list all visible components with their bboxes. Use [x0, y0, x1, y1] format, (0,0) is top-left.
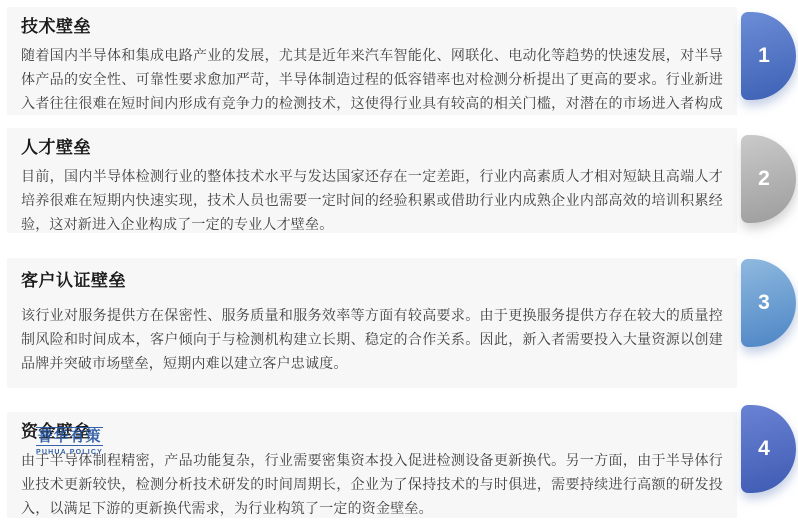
section-customer-certification-barrier: 客户认证壁垒 该行业对服务提供方在保密性、服务质量和服务效率等方面有较高要求。由… — [7, 258, 737, 388]
number-badge-4: 4 — [741, 405, 796, 493]
section-body-text: 目前，国内半导体检测行业的整体技术水平与发达国家还存在一定差距，行业内高素质人才… — [21, 164, 723, 233]
badge-number-label: 4 — [758, 437, 770, 461]
badge-number-label: 3 — [758, 291, 770, 315]
badge-number-label: 2 — [758, 167, 770, 191]
infographic-canvas: 技术壁垒 随着国内半导体和集成电路产业的发展，尤其是近年来汽车智能化、网联化、电… — [0, 0, 798, 521]
section-technical-barrier: 技术壁垒 随着国内半导体和集成电路产业的发展，尤其是近年来汽车智能化、网联化、电… — [7, 7, 737, 115]
section-body-text: 随着国内半导体和集成电路产业的发展，尤其是近年来汽车智能化、网联化、电动化等趋势… — [21, 43, 723, 115]
section-capital-barrier: 资金壁垒 由于半导体制程精密，产品功能复杂，行业需要密集资本投入促进检测设备更新… — [7, 412, 737, 518]
number-badge-1: 1 — [741, 12, 796, 100]
section-title: 人才壁垒 — [21, 137, 723, 159]
section-body-text: 由于半导体制程精密，产品功能复杂，行业需要密集资本投入促进检测设备更新换代。另一… — [21, 448, 723, 518]
number-badge-3: 3 — [741, 259, 796, 347]
section-title: 资金壁垒 — [21, 421, 723, 443]
badge-number-label: 1 — [758, 44, 770, 68]
section-body-text: 该行业对服务提供方在保密性、服务质量和服务效率等方面有较高要求。由于更换服务提供… — [21, 303, 723, 375]
section-title: 客户认证壁垒 — [21, 270, 723, 292]
number-badge-2: 2 — [741, 135, 796, 223]
section-title: 技术壁垒 — [21, 16, 723, 38]
section-talent-barrier: 人才壁垒 目前，国内半导体检测行业的整体技术水平与发达国家还存在一定差距，行业内… — [7, 128, 737, 233]
